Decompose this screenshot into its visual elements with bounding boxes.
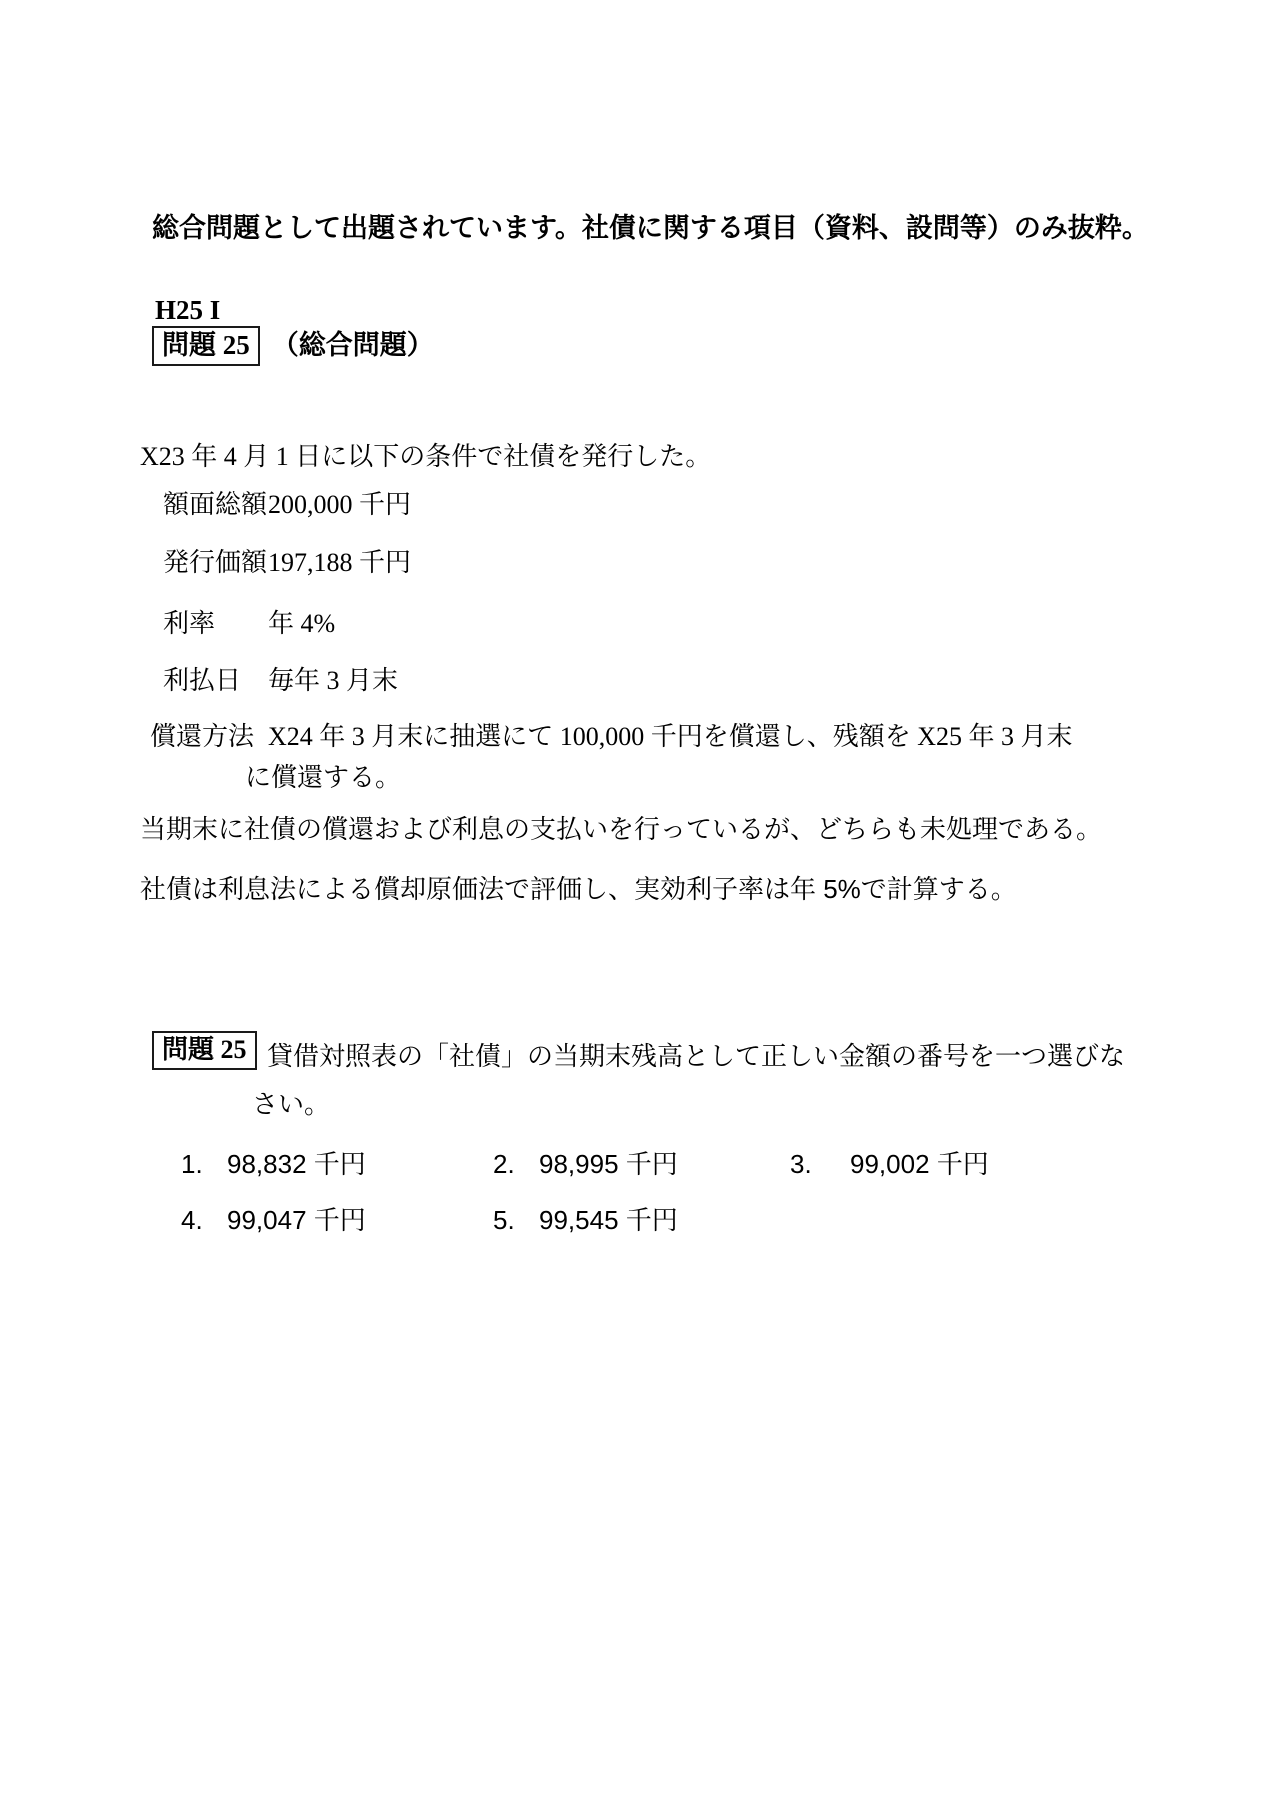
option-value: 98,995 千円 [539,1149,678,1179]
option-1: 1.98,832 千円 [181,1148,366,1181]
problem-heading: 問題 25（総合問題） [152,326,434,366]
option-value: 99,047 千円 [227,1205,366,1235]
option-5: 5.99,545 千円 [493,1204,678,1237]
condition-value: 197,188 千円 [268,547,411,580]
exam-id: H25 I [155,294,220,328]
condition-value-continued: に償還する。 [245,762,401,795]
question-text-line1: 貸借対照表の「社債」の当期末残高として正しい金額の番号を一つ選びな [267,1040,1125,1073]
conditions-intro: X23 年 4 月 1 日に以下の条件で社債を発行した。 [140,441,711,474]
option-2: 2.98,995 千円 [493,1148,678,1181]
question-label-box: 問題 25 [152,1031,257,1070]
problem-label-box: 問題 25 [152,326,260,366]
condition-value: 年 4% [268,608,335,641]
condition-label: 額面総額 [163,489,267,522]
supplementary-note-2: 社債は利息法による償却原価法で評価し、実効利子率は年 5%で計算する。 [140,873,1017,906]
supplementary-note-1: 当期末に社債の償還および利息の支払いを行っているが、どちらも未処理である。 [140,813,1102,846]
question-label-boxed: 問題 25 [152,1031,257,1070]
condition-label: 発行価額 [163,547,267,580]
option-number: 3. [790,1148,850,1181]
option-3: 3.99,002 千円 [790,1148,989,1181]
condition-label: 償還方法 [150,721,254,754]
option-4: 4.99,047 千円 [181,1204,366,1237]
option-number: 4. [181,1204,227,1237]
option-number: 1. [181,1148,227,1181]
option-value: 99,002 千円 [850,1149,989,1179]
document-page: 総合問題として出題されています。社債に関する項目（資料、設問等）のみ抜粋。 H2… [0,0,1280,1810]
condition-label: 利払日 [163,665,241,698]
problem-type: （総合問題） [272,330,434,360]
option-number: 2. [493,1148,539,1181]
option-number: 5. [493,1204,539,1237]
question-text-line2: さい。 [252,1088,330,1121]
condition-value: X24 年 3 月末に抽選にて 100,000 千円を償還し、残額を X25 年… [268,721,1073,754]
condition-value: 毎年 3 月末 [268,665,398,698]
option-value: 99,545 千円 [539,1205,678,1235]
condition-value: 200,000 千円 [268,489,411,522]
condition-label: 利率 [163,608,215,641]
excerpt-note: 総合問題として出題されています。社債に関する項目（資料、設問等）のみ抜粋。 [152,212,1149,246]
option-value: 98,832 千円 [227,1149,366,1179]
